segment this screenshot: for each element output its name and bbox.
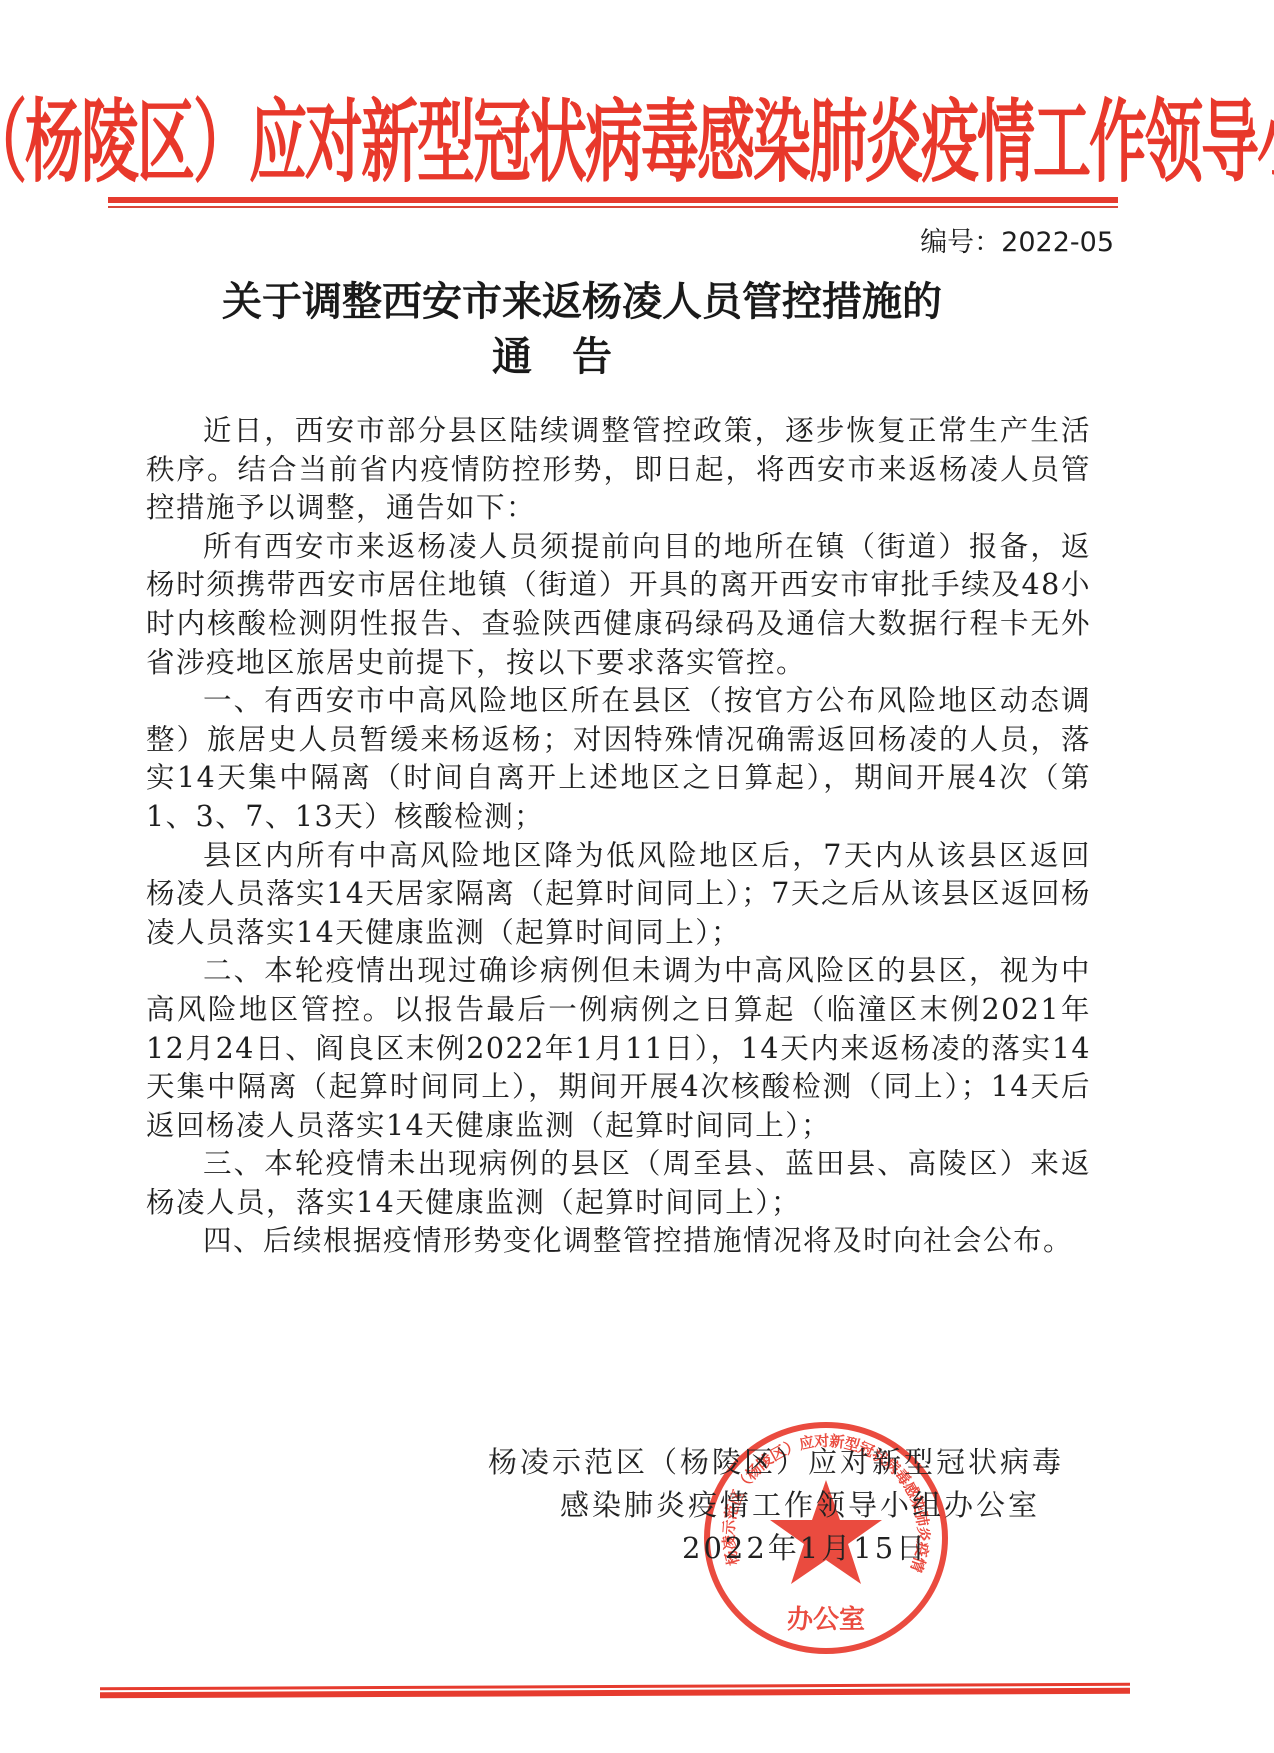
letterhead-rule-thin [108,206,1118,208]
paragraph-general-requirements: 所有西安市来返杨凌人员须提前向目的地所在镇（街道）报备，返杨时须携带西安市居住地… [146,528,1091,682]
paragraph-item-1: 一、有西安市中高风险地区所在县区（按官方公布风险地区动态调整）旅居史人员暂缓来杨… [146,682,1091,836]
paragraph-item-4: 四、后续根据疫情形势变化调整管控措施情况将及时向社会公布。 [146,1222,1091,1261]
signature-issuer-line1: 杨凌示范区（杨陵区）应对新型冠状病毒 [488,1440,1064,1481]
notice-title-line1: 关于调整西安市来返杨凌人员管控措施的 [0,270,1274,327]
signature-date: 2022年1月15日 [682,1526,928,1567]
paragraph-item-1-sub: 县区内所有中高风险地区降为低风险地区后，7天内从该县区返回杨凌人员落实14天居家… [146,837,1091,953]
document-number: 编号：2022-05 [920,220,1114,259]
notice-body: 近日，西安市部分县区陆续调整管控政策，逐步恢复正常生产生活秩序。结合当前省内疫情… [146,412,1091,1261]
notice-title-line2: 通告 [0,325,1274,382]
seal-bottom-text: 办公室 [787,1605,865,1635]
letterhead-title: 杨凌示范区（杨陵区）应对新型冠状病毒感染肺炎疫情工作领导小组办公室 [108,47,1118,221]
letterhead-rule-thick [108,197,1118,203]
signature-issuer-line2: 感染肺炎疫情工作领导小组办公室 [560,1483,1040,1524]
paragraph-item-2: 二、本轮疫情出现过确诊病例但未调为中高风险区的县区，视为中高风险地区管控。以报告… [146,952,1091,1145]
paragraph-item-3: 三、本轮疫情未出现病例的县区（周至县、蓝田县、高陵区）来返杨凌人员，落实14天健… [146,1145,1091,1222]
paragraph-intro: 近日，西安市部分县区陆续调整管控政策，逐步恢复正常生产生活秩序。结合当前省内疫情… [146,412,1091,528]
